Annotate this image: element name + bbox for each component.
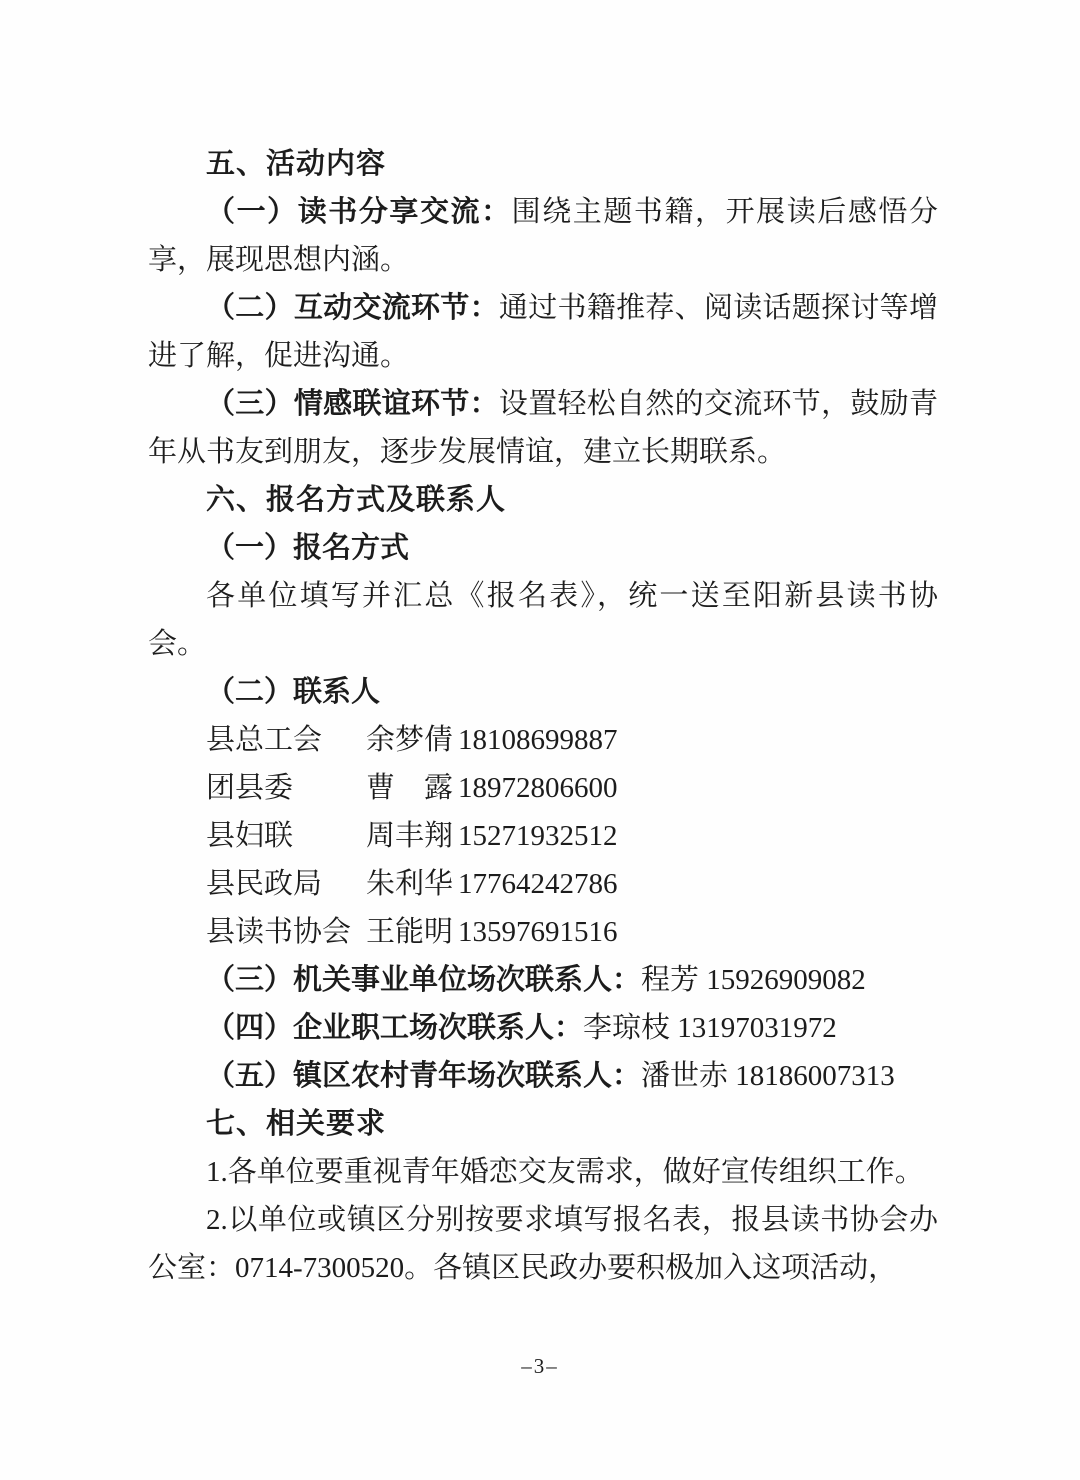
contact-name: 曹 露: [366, 764, 458, 812]
contact-phone: 13597691516: [458, 908, 938, 956]
sub4-text: 李琼枝 13197031972: [583, 1012, 837, 1044]
paragraph-1-lead: （一）读书分享交流：: [206, 196, 512, 228]
section-6-sub1-heading: （一）报名方式: [148, 524, 938, 572]
contact-org: 县妇联: [206, 812, 366, 860]
section-6-sub4: （四）企业职工场次联系人：李琼枝 13197031972: [148, 1004, 938, 1052]
contact-phone: 18108699887: [458, 716, 938, 764]
section-6-sub3: （三）机关事业单位场次联系人：程芳 15926909082: [148, 956, 938, 1004]
contact-phone: 15271932512: [458, 812, 938, 860]
sub3-lead: （三）机关事业单位场次联系人：: [206, 964, 641, 996]
contact-org: 县总工会: [206, 716, 366, 764]
contact-row: 团县委 曹 露 18972806600: [206, 764, 938, 812]
contact-name: 朱利华: [366, 860, 458, 908]
sub4-lead: （四）企业职工场次联系人：: [206, 1012, 583, 1044]
section-5-heading: 五、活动内容: [148, 140, 938, 188]
section-7-item-1: 1.各单位要重视青年婚恋交友需求，做好宣传组织工作。: [148, 1148, 938, 1196]
document-page: 五、活动内容 （一）读书分享交流：围绕主题书籍，开展读后感悟分享，展现思想内涵。…: [0, 0, 1080, 1480]
section-6-sub1-text: 各单位填写并汇总《报名表》，统一送至阳新县读书协会。: [148, 572, 938, 668]
contact-row: 县总工会 余梦倩 18108699887: [206, 716, 938, 764]
contact-row: 县妇联 周丰翔 15271932512: [206, 812, 938, 860]
section-6-sub5: （五）镇区农村青年场次联系人：潘世赤 18186007313: [148, 1052, 938, 1100]
section-6-heading: 六、报名方式及联系人: [148, 476, 938, 524]
contact-phone: 18972806600: [458, 764, 938, 812]
section-7-item-2: 2.以单位或镇区分别按要求填写报名表，报县读书协会办公室：0714-730052…: [148, 1196, 938, 1292]
sub5-text: 潘世赤 18186007313: [641, 1060, 895, 1092]
contact-phone: 17764242786: [458, 860, 938, 908]
contact-name: 王能明: [366, 908, 458, 956]
section-5-paragraph-3: （三）情感联谊环节：设置轻松自然的交流环节，鼓励青年从书友到朋友，逐步发展情谊，…: [148, 380, 938, 476]
section-5-paragraph-1: （一）读书分享交流：围绕主题书籍，开展读后感悟分享，展现思想内涵。: [148, 188, 938, 284]
contact-org: 县民政局: [206, 860, 366, 908]
section-5-paragraph-2: （二）互动交流环节：通过书籍推荐、阅读话题探讨等增进了解，促进沟通。: [148, 284, 938, 380]
section-6-sub2-heading: （二）联系人: [148, 668, 938, 716]
contact-name: 周丰翔: [366, 812, 458, 860]
contact-row: 县读书协会 王能明 13597691516: [206, 908, 938, 956]
contact-row: 县民政局 朱利华 17764242786: [206, 860, 938, 908]
sub3-text: 程芳 15926909082: [641, 964, 866, 996]
contact-name: 余梦倩: [366, 716, 458, 764]
sub5-lead: （五）镇区农村青年场次联系人：: [206, 1060, 641, 1092]
paragraph-3-lead: （三）情感联谊环节：: [206, 388, 499, 420]
paragraph-2-lead: （二）互动交流环节：: [206, 292, 499, 324]
contact-org: 团县委: [206, 764, 366, 812]
document-content: 五、活动内容 （一）读书分享交流：围绕主题书籍，开展读后感悟分享，展现思想内涵。…: [148, 140, 938, 1292]
contact-org: 县读书协会: [206, 908, 366, 956]
page-number: –3–: [0, 1354, 1080, 1379]
section-7-heading: 七、相关要求: [148, 1100, 938, 1148]
